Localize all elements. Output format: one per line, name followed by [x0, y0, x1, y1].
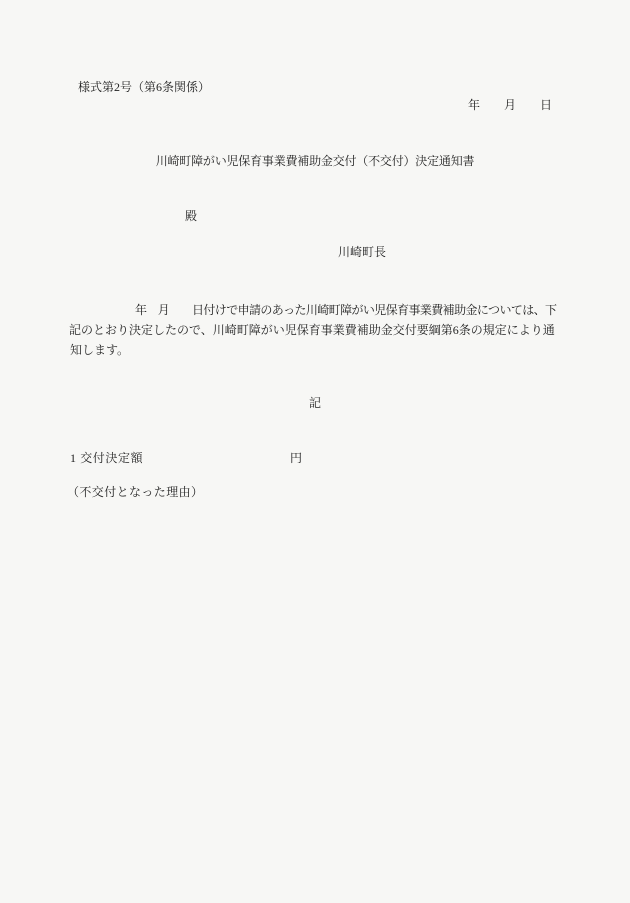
date-line: 年 月 日 [468, 99, 552, 113]
non-grant-reason-label: （不交付となった理由） [67, 486, 203, 500]
body-paragraph-line-1: 年 月 日付けで申請のあった川崎町障がい児保育事業費補助金については、下 [135, 304, 556, 318]
form-number: 様式第2号（第6条関係） [78, 81, 210, 95]
body-paragraph-line-3: 知します。 [70, 344, 129, 358]
document-title: 川崎町障がい児保育事業費補助金交付（不交付）決定通知書 [0, 155, 630, 169]
sender-name: 川崎町長 [338, 246, 386, 260]
document-page: 様式第2号（第6条関係） 年 月 日 川崎町障がい児保育事業費補助金交付（不交付… [0, 0, 630, 903]
grant-decision-amount-label: 1 交付決定額 [70, 452, 143, 466]
body-paragraph-line-2: 記のとおり決定したので、川崎町障がい児保育事業費補助金交付要綱第6条の規定により… [69, 324, 555, 338]
record-marker: 記 [0, 397, 630, 411]
addressee-honorific: 殿 [185, 210, 197, 224]
grant-decision-amount-unit: 円 [290, 452, 302, 466]
